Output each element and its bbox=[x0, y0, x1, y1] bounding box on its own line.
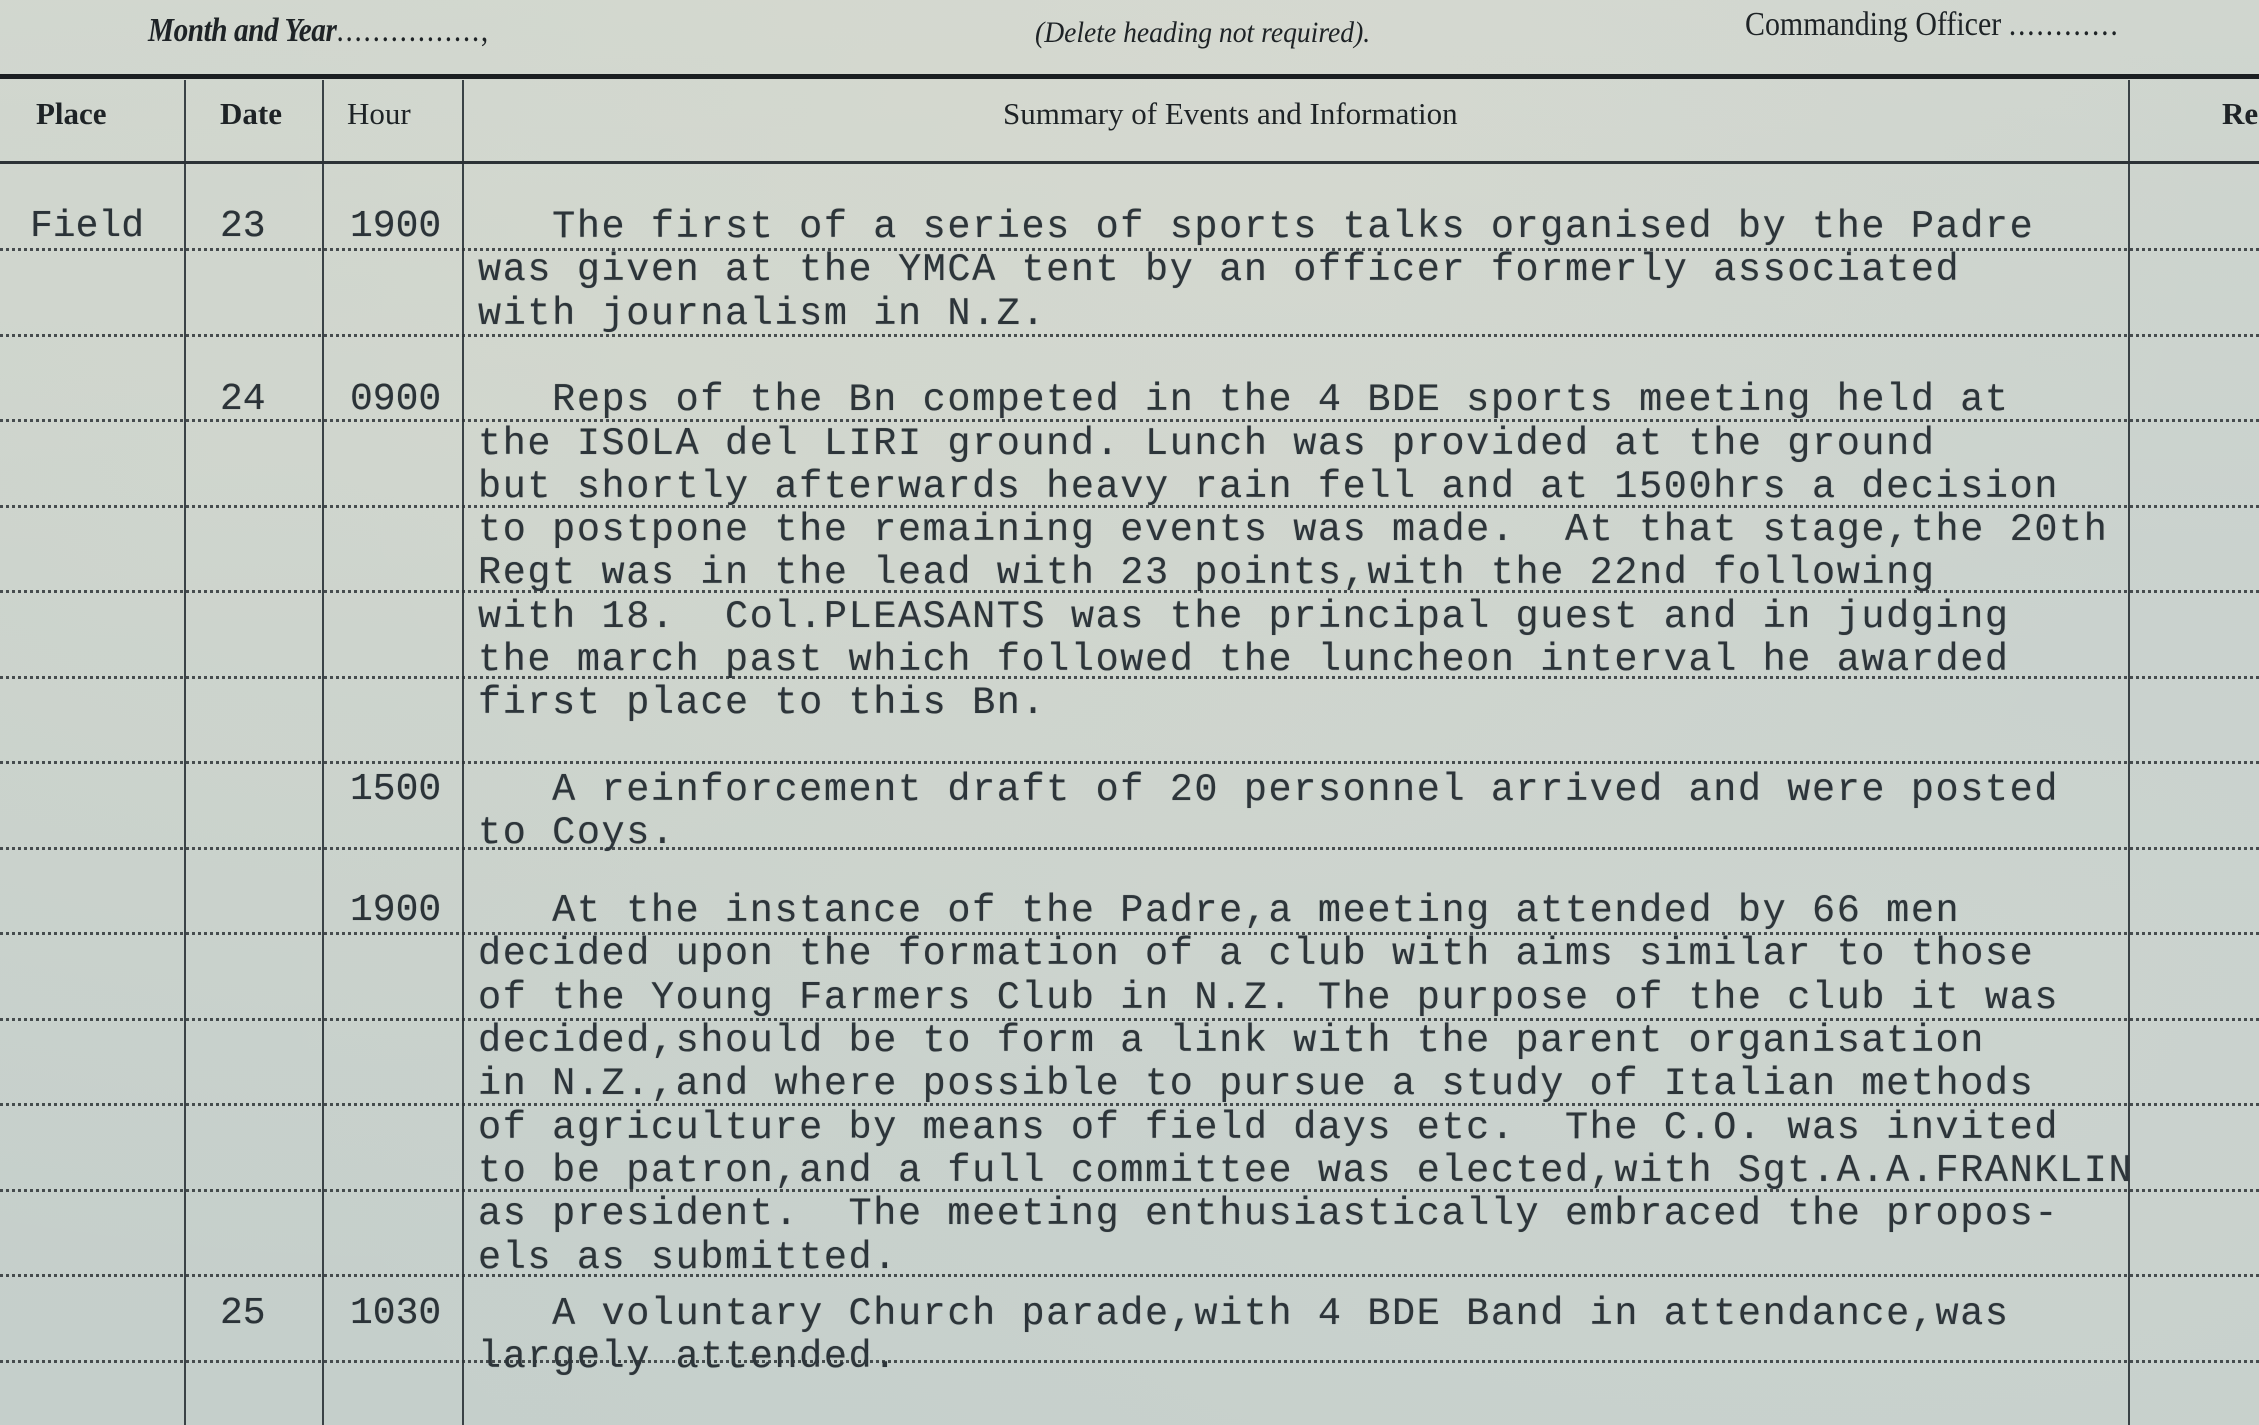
month-year-dots: ................, bbox=[336, 12, 490, 49]
ruled-line bbox=[0, 1274, 2259, 1277]
column-header-date: Date bbox=[220, 96, 282, 132]
war-diary-page: Month and Year................, (Delete … bbox=[0, 0, 2259, 1425]
column-divider-place bbox=[184, 80, 186, 1425]
entry-summary-line: as president. The meeting enthusiastical… bbox=[478, 1192, 2059, 1236]
column-divider-summary bbox=[2128, 80, 2130, 1425]
entry-summary-line: first place to this Bn. bbox=[478, 681, 1046, 725]
entry-hour: 1500 bbox=[350, 768, 441, 811]
entry-date: 24 bbox=[220, 378, 266, 421]
column-divider-date bbox=[322, 80, 324, 1425]
entry-summary-line: largely attended. bbox=[478, 1335, 898, 1379]
delete-heading-note: (Delete heading not required). bbox=[1035, 16, 1370, 50]
entry-summary-line: but shortly afterwards heavy rain fell a… bbox=[478, 465, 2059, 509]
entry-summary-line: At the instance of the Padre,a meeting a… bbox=[478, 889, 1960, 933]
entry-summary-line: to be patron,and a full committee was el… bbox=[478, 1149, 2133, 1193]
entry-summary-line: the march past which followed the lunche… bbox=[478, 638, 2010, 682]
entry-summary-line: with 18. Col.PLEASANTS was the principal… bbox=[478, 595, 2010, 639]
form-heading: Month and Year................, (Delete … bbox=[0, 0, 2259, 75]
entry-place: Field bbox=[30, 205, 144, 248]
entry-summary-line: A voluntary Church parade,with 4 BDE Ban… bbox=[478, 1292, 2010, 1336]
entry-summary-line: was given at the YMCA tent by an officer… bbox=[478, 248, 1960, 292]
entry-hour: 1900 bbox=[350, 205, 441, 248]
ruled-line bbox=[0, 761, 2259, 764]
entry-hour: 0900 bbox=[350, 378, 441, 421]
entry-summary-line: decided,should be to form a link with th… bbox=[478, 1019, 1985, 1063]
entry-hour: 1030 bbox=[350, 1292, 441, 1335]
column-header-hour: Hour bbox=[347, 96, 411, 132]
top-rule bbox=[0, 74, 2259, 79]
entry-summary-line: Regt was in the lead with 23 points,with… bbox=[478, 551, 1936, 595]
entry-summary-line: of agriculture by means of field days et… bbox=[478, 1106, 2059, 1150]
column-header-place: Place bbox=[36, 96, 107, 132]
entry-hour: 1900 bbox=[350, 889, 441, 932]
entry-summary-line: A reinforcement draft of 20 personnel ar… bbox=[478, 768, 2059, 812]
entry-date: 23 bbox=[220, 205, 266, 248]
entry-summary-line: in N.Z.,and where possible to pursue a s… bbox=[478, 1062, 2034, 1106]
commanding-officer-field: Commanding Officer ............ bbox=[1745, 6, 2120, 44]
entry-summary-line: of the Young Farmers Club in N.Z. The pu… bbox=[478, 976, 2059, 1020]
entry-summary-line: els as submitted. bbox=[478, 1236, 898, 1280]
commanding-officer-label: Commanding Officer bbox=[1745, 6, 2001, 43]
commanding-officer-dots: ............ bbox=[2009, 6, 2120, 43]
entry-summary-line: The first of a series of sports talks or… bbox=[478, 205, 2034, 249]
month-year-label: Month and Year bbox=[148, 12, 336, 49]
entry-summary-line: the ISOLA del LIRI ground. Lunch was pro… bbox=[478, 422, 1936, 466]
column-header-summary: Summary of Events and Information bbox=[1003, 96, 1458, 132]
entry-summary-line: to postpone the remaining events was mad… bbox=[478, 508, 2108, 552]
header-rule bbox=[0, 161, 2259, 164]
ruled-line bbox=[0, 847, 2259, 850]
entry-summary-line: Reps of the Bn competed in the 4 BDE spo… bbox=[478, 378, 2010, 422]
entry-date: 25 bbox=[220, 1292, 266, 1335]
ruled-line bbox=[0, 1360, 2259, 1363]
column-header-remarks: Re bbox=[2222, 96, 2258, 132]
entry-summary-line: with journalism in N.Z. bbox=[478, 292, 1046, 336]
ruled-line bbox=[0, 334, 2259, 337]
month-year-field: Month and Year................, bbox=[148, 12, 490, 50]
column-divider-hour bbox=[462, 80, 464, 1425]
entry-summary-line: decided upon the formation of a club wit… bbox=[478, 932, 2034, 976]
entry-summary-line: to Coys. bbox=[478, 811, 676, 855]
